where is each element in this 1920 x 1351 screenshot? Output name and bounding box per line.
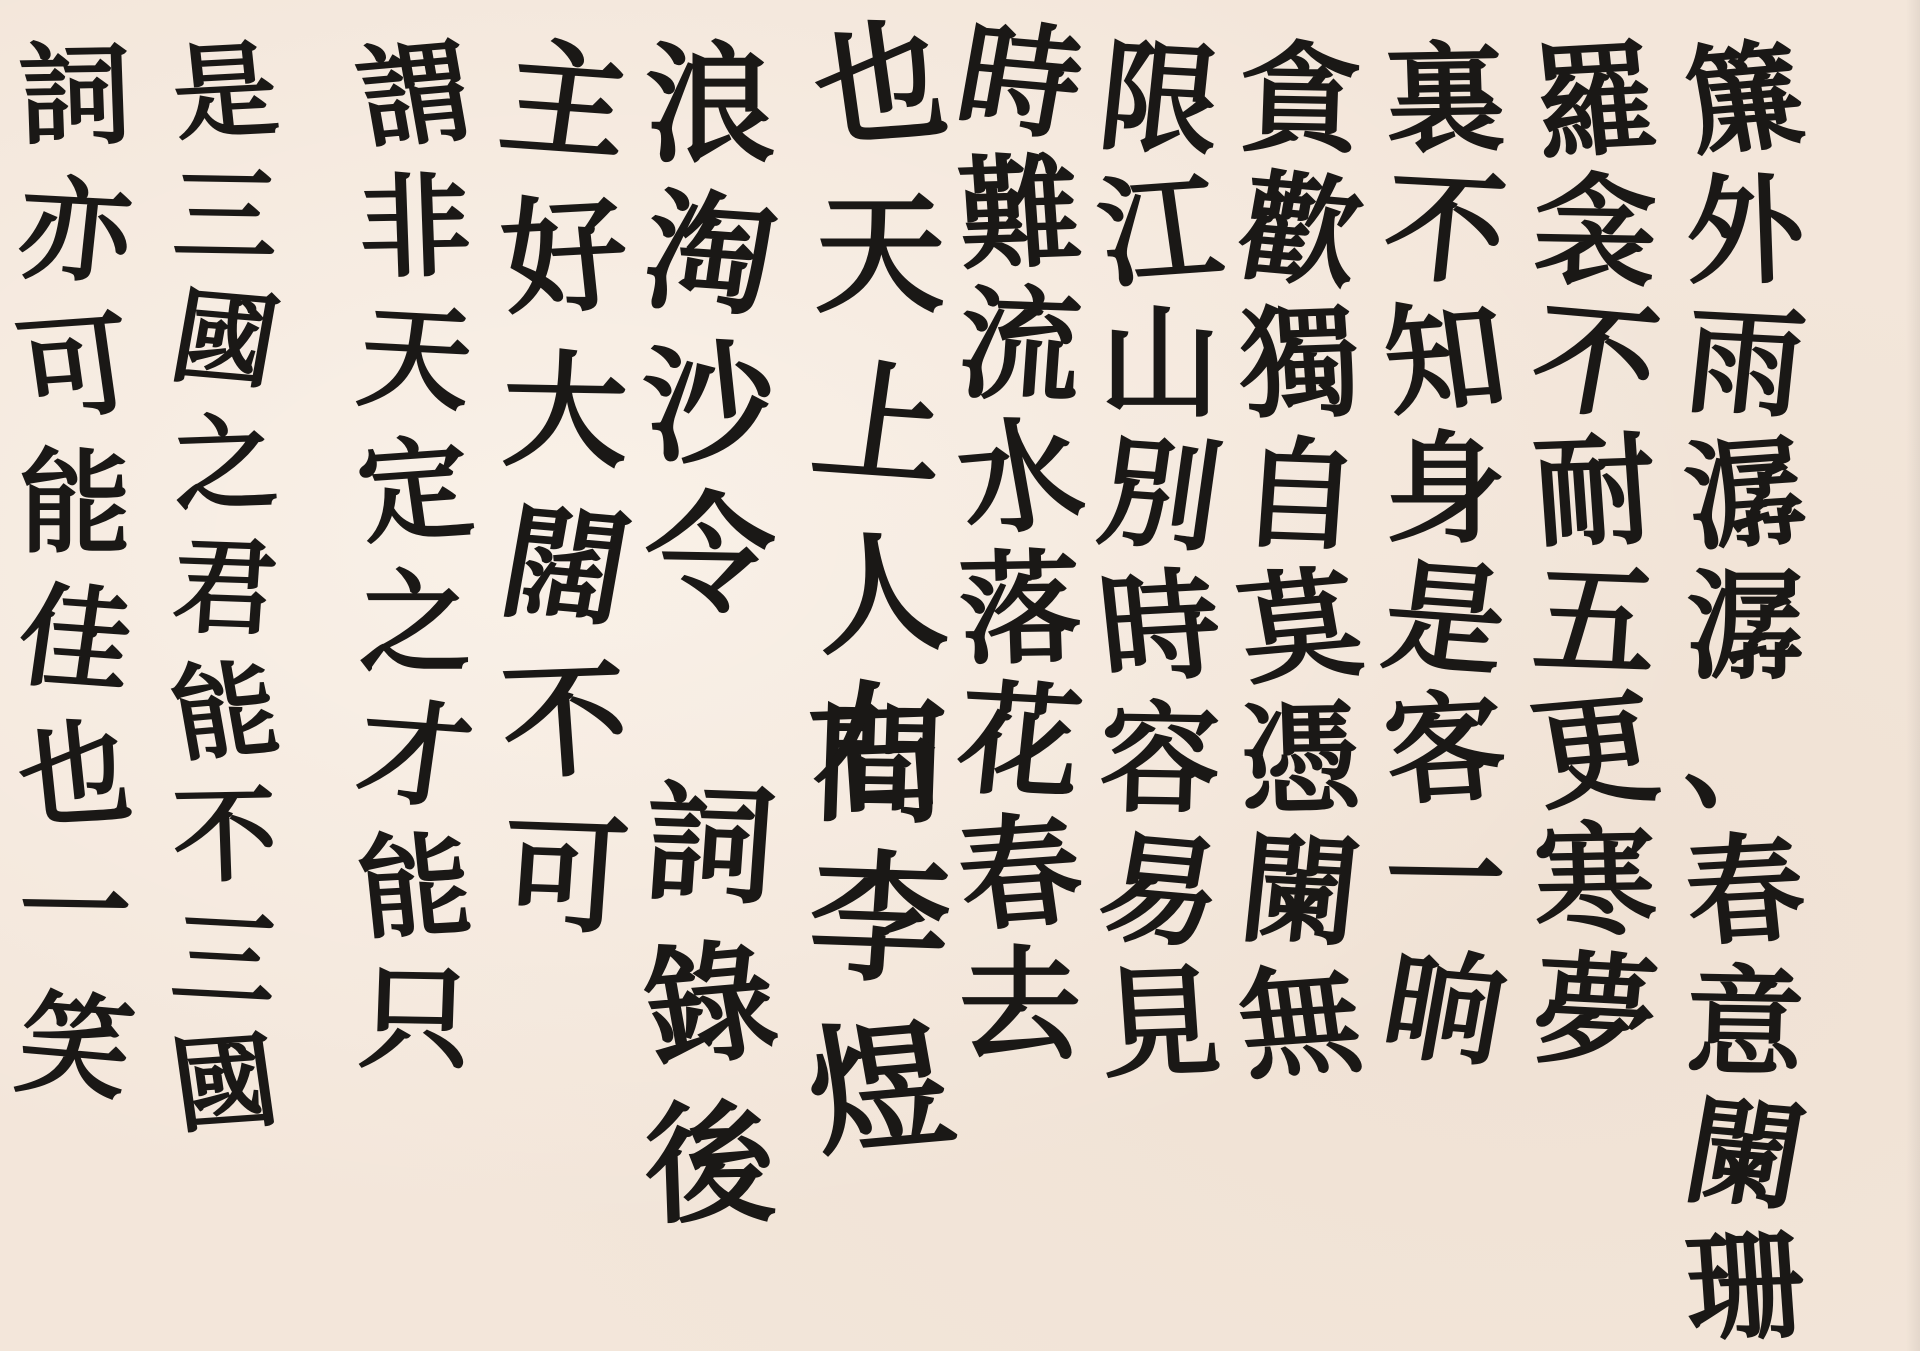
calligraphy-character: 國 (143, 1027, 307, 1141)
calligraphy-character: 亦 (0, 172, 156, 291)
calligraphy-character: 闊 (479, 499, 650, 636)
calligraphy-character: 只 (338, 963, 492, 1078)
calligraphy-character: 錄 (624, 934, 796, 1076)
calligraphy-character: 無 (1217, 959, 1383, 1089)
calligraphy-character: 寒 (1518, 819, 1672, 944)
calligraphy-character: 流 (941, 281, 1099, 408)
calligraphy-character: 憑 (1223, 699, 1377, 822)
calligraphy-column: 羅衾不耐五更寒夢 (1520, 40, 1670, 1072)
calligraphy-character: 詞 (0, 39, 152, 154)
calligraphy-character: 之 (146, 409, 303, 518)
calligraphy-character: 天 (334, 300, 496, 419)
calligraphy-character: 好 (484, 191, 647, 323)
calligraphy-character: 見 (1081, 961, 1239, 1086)
calligraphy-character: 限 (1079, 36, 1241, 163)
calligraphy-character: 國 (141, 282, 309, 398)
calligraphy-column: 詞錄後 (635, 780, 785, 1230)
calligraphy-character: 獨 (1221, 301, 1379, 426)
calligraphy-character: 易 (1075, 826, 1245, 958)
calligraphy-column: 簾外雨潺潺、春意闌珊 (1670, 40, 1820, 1346)
calligraphy-character: 貪 (1223, 39, 1377, 162)
calligraphy-column: 貪歡獨自莫憑闌無 (1225, 40, 1375, 1084)
calligraphy-character: 衾 (1518, 169, 1672, 294)
calligraphy-character: 非 (338, 171, 492, 286)
calligraphy-character: 意 (1668, 963, 1822, 1084)
calligraphy-character: 珊 (1666, 1225, 1824, 1348)
calligraphy-character: 煜 (793, 1014, 967, 1165)
calligraphy-character: 雨 (1664, 300, 1826, 425)
calligraphy-character: 去 (945, 944, 1095, 1066)
calligraphy-character: 不 (148, 783, 302, 890)
calligraphy-character: 大 (488, 349, 642, 477)
calligraphy-character: 詞 (631, 778, 790, 913)
calligraphy-character: 一 (1368, 819, 1522, 942)
calligraphy-character: 笑 (0, 986, 159, 1110)
calligraphy-character: 能 (334, 828, 496, 947)
calligraphy-character: 右 (800, 678, 960, 823)
calligraphy-character: 花 (939, 676, 1102, 805)
calligraphy-column: 限江山別時容易見 (1085, 40, 1235, 1084)
calligraphy-character: 能 (0, 448, 150, 560)
calligraphy-column: 浪淘沙令 (635, 40, 785, 620)
calligraphy-character: 可 (486, 812, 645, 942)
calligraphy-character: 浪 (635, 40, 785, 170)
calligraphy-character: 江 (1077, 167, 1243, 297)
calligraphy-character: 不 (486, 657, 645, 787)
calligraphy-column: 時難流水落花春去 (945, 20, 1095, 1066)
calligraphy-column: 是三國之君能不三國 (150, 40, 300, 1136)
calligraphy-character: 李 (800, 848, 960, 993)
calligraphy-character: 主 (481, 35, 648, 170)
calligraphy-column: 右李煜 (805, 680, 955, 1160)
calligraphy-character: 可 (0, 307, 158, 429)
calligraphy-character: 定 (332, 431, 497, 553)
calligraphy-character: 之 (340, 568, 490, 680)
calligraphy-column: 謂非天定之才能只 (340, 40, 490, 1076)
calligraphy-character: 更 (1510, 684, 1681, 818)
calligraphy-character: 水 (935, 410, 1106, 544)
calligraphy-character: 後 (633, 1099, 788, 1232)
calligraphy-character: 人 (798, 526, 961, 663)
calligraphy-character: 春 (937, 807, 1104, 939)
calligraphy-character: 五 (1516, 557, 1674, 684)
calligraphy-character: 天 (805, 190, 955, 320)
calligraphy-character: 知 (1362, 295, 1528, 425)
calligraphy-character: 也 (796, 15, 964, 155)
calligraphy-character: 是 (145, 36, 306, 147)
calligraphy-character: 三 (145, 904, 306, 1015)
calligraphy-character: 潺 (1670, 568, 1820, 686)
calligraphy-character: 外 (1668, 171, 1822, 292)
calligraphy-character: 夢 (1514, 946, 1677, 1075)
calligraphy-character: 三 (148, 163, 302, 270)
calligraphy-character: 淘 (626, 185, 794, 325)
calligraphy-column: 詞亦可能佳也一笑 (0, 40, 150, 1104)
calligraphy-character: 莫 (1215, 562, 1385, 694)
calligraphy-character: 簾 (1660, 34, 1830, 164)
calligraphy-character: 山 (1085, 304, 1235, 424)
calligraphy-paper: 簾外雨潺潺、春意闌珊羅衾不耐五更寒夢裏不知身是客一晌貪歡獨自莫憑闌無限江山別時容… (0, 0, 1920, 1351)
calligraphy-character: 才 (332, 695, 497, 817)
calligraphy-character: 謂 (331, 34, 500, 158)
calligraphy-character: 一 (0, 855, 152, 970)
calligraphy-character: 令 (633, 489, 788, 622)
calligraphy-character: 耐 (1516, 427, 1674, 554)
calligraphy-character: 羅 (1514, 36, 1677, 165)
calligraphy-character: 潺 (1662, 431, 1828, 559)
calligraphy-character: 自 (1221, 433, 1379, 558)
calligraphy-character: 是 (1362, 555, 1528, 685)
calligraphy-character: 沙 (628, 336, 791, 473)
calligraphy-character: 身 (1370, 430, 1520, 550)
calligraphy-character: 能 (141, 654, 309, 770)
calligraphy-character: 晌 (1360, 944, 1530, 1076)
calligraphy-column: 主好大闊不可 (490, 40, 640, 940)
calligraphy-character: 裏 (1368, 39, 1522, 162)
calligraphy-character: 時 (1079, 564, 1241, 691)
calligraphy-character: 君 (146, 533, 303, 642)
calligraphy-character: 別 (1077, 431, 1243, 561)
calligraphy-character: 不 (1364, 166, 1526, 293)
calligraphy-character: 落 (943, 547, 1097, 672)
calligraphy-character: 、 (1662, 695, 1828, 823)
calligraphy-character: 佳 (0, 579, 158, 701)
calligraphy-character: 也 (0, 716, 156, 835)
calligraphy-character: 客 (1364, 686, 1526, 813)
calligraphy-column: 裏不知身是客一晌 (1370, 40, 1520, 1070)
calligraphy-character: 容 (1083, 699, 1237, 822)
calligraphy-character: 闌 (1660, 1090, 1830, 1220)
calligraphy-character: 上 (796, 355, 964, 495)
calligraphy-character: 不 (1510, 294, 1681, 428)
calligraphy-character: 春 (1664, 828, 1826, 953)
calligraphy-character: 難 (941, 149, 1099, 276)
